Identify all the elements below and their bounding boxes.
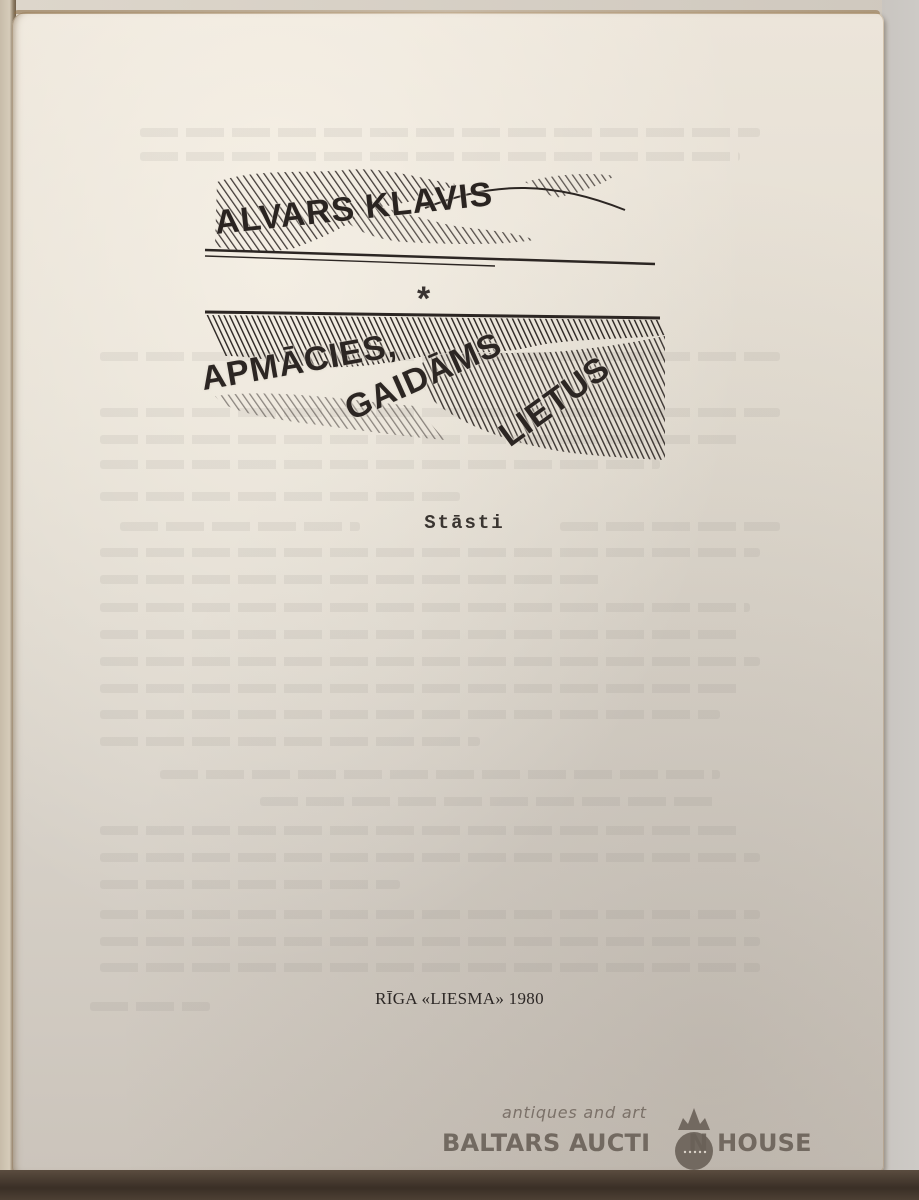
show-through-line [260, 797, 720, 806]
table-shadow [0, 1170, 919, 1200]
watermark-name-part1: BALTARS AUCTI [442, 1129, 650, 1157]
show-through-line [100, 937, 760, 946]
publisher-imprint: RĪGA «LIESMA» 1980 [0, 989, 919, 1009]
page-top-edge [14, 10, 880, 14]
separator-asterisk: * [417, 280, 431, 318]
watermark-name: BALTARS AUCTIN HOUSE [442, 1129, 812, 1157]
show-through-line [100, 575, 600, 584]
watermark-tagline: antiques and art [502, 1103, 647, 1122]
show-through-line [100, 684, 740, 693]
show-through-line [160, 770, 720, 779]
show-through-line [100, 492, 460, 501]
show-through-line [100, 630, 740, 639]
show-through-line [100, 737, 480, 746]
show-through-line [100, 710, 720, 719]
show-through-line [100, 603, 750, 612]
show-through-line [100, 548, 760, 557]
crown-medallion-icon [674, 1102, 714, 1172]
show-through-line [100, 853, 760, 862]
show-through-line [100, 963, 760, 972]
show-through-line [100, 880, 400, 889]
show-through-line [140, 128, 760, 137]
auction-watermark: antiques and art BALTARS AUCTIN HOUSE [440, 1100, 840, 1170]
background-right-edge [882, 0, 919, 1200]
show-through-line [100, 826, 740, 835]
subtitle: Stāsti [0, 512, 919, 534]
show-through-line [100, 910, 760, 919]
show-through-line [100, 657, 760, 666]
title-artwork: * ALVARS KLAVIS APMĀCIES, GAIDĀMS LIETUS [195, 160, 670, 465]
